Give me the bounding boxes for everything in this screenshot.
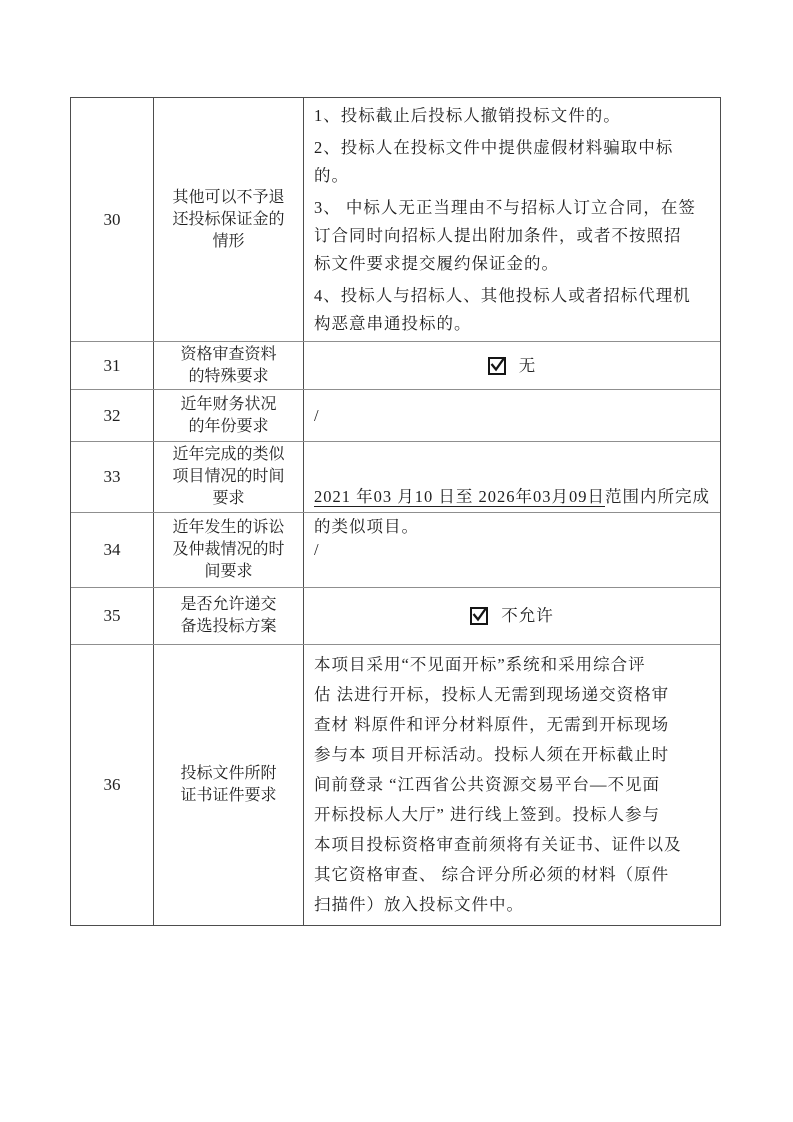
checkbox-label: 无 [519, 352, 537, 380]
checkbox-checked-icon [470, 607, 488, 625]
content-text: / [314, 536, 710, 564]
row-number: 35 [71, 588, 154, 644]
table-row-35: 35 是否允许递交 备选投标方案 不允许 [71, 588, 720, 645]
date-range-underlined: 2021 年03 月10 日至 2026年03月09日 [314, 487, 605, 506]
row-label: 近年财务状况 的年份要求 [154, 390, 304, 441]
row-content: 1、投标截止后投标人撤销投标文件的。 2、投标人在投标文件中提供虚假材料骗取中标… [304, 98, 720, 341]
row-label: 投标文件所附 证书证件要求 [154, 645, 304, 925]
row-number: 33 [71, 442, 154, 512]
row-label: 近年完成的类似 项目情况的时间 要求 [154, 442, 304, 512]
row-number: 30 [71, 98, 154, 341]
row-number: 36 [71, 645, 154, 925]
document-page: 30 其他可以不予退 还投标保证金的 情形 1、投标截止后投标人撤销投标文件的。… [0, 0, 793, 1122]
content-item-3: 3、 中标人无正当理由不与招标人订立合同，在签 订合同时向招标人提出附加条件，或… [314, 194, 710, 278]
content-item-4: 4、投标人与招标人、其他投标人或者招标代理机 构恶意串通投标的。 [314, 282, 710, 338]
content-item-2: 2、投标人在投标文件中提供虚假材料骗取中标 的。 [314, 134, 710, 190]
checkbox-checked-icon [488, 357, 506, 375]
content-text: / [314, 402, 710, 430]
row-label: 资格审查资料 的特殊要求 [154, 342, 304, 389]
row-content: / [304, 390, 720, 441]
table-row-33: 33 近年完成的类似 项目情况的时间 要求 2021 年03 月10 日至 20… [71, 442, 720, 513]
checkbox-label: 不允许 [501, 602, 554, 630]
table-row-31: 31 资格审查资料 的特殊要求 无 [71, 342, 720, 390]
row-content: 无 [304, 342, 720, 389]
row-content: / [304, 513, 720, 587]
table-row-30: 30 其他可以不予退 还投标保证金的 情形 1、投标截止后投标人撤销投标文件的。… [71, 98, 720, 342]
row-label: 其他可以不予退 还投标保证金的 情形 [154, 98, 304, 341]
table-row-32: 32 近年财务状况 的年份要求 / [71, 390, 720, 442]
row-label: 是否允许递交 备选投标方案 [154, 588, 304, 644]
row-label: 近年发生的诉讼 及仲裁情况的时 间要求 [154, 513, 304, 587]
table-row-36: 36 投标文件所附 证书证件要求 本项目采用“不见面开标”系统和采用综合评 估 … [71, 645, 720, 925]
row-content: 不允许 [304, 588, 720, 644]
content-item-1: 1、投标截止后投标人撤销投标文件的。 [314, 102, 710, 130]
content-text: 本项目采用“不见面开标”系统和采用综合评 估 法进行开标，投标人无需到现场递交资… [314, 650, 710, 920]
row-number: 34 [71, 513, 154, 587]
row-number: 31 [71, 342, 154, 389]
row-number: 32 [71, 390, 154, 441]
row-content: 本项目采用“不见面开标”系统和采用综合评 估 法进行开标，投标人无需到现场递交资… [304, 645, 720, 925]
row-content: 2021 年03 月10 日至 2026年03月09日范围内所完成 的类似项目。 [304, 442, 720, 512]
bid-conditions-table: 30 其他可以不予退 还投标保证金的 情形 1、投标截止后投标人撤销投标文件的。… [70, 97, 721, 926]
table-row-34: 34 近年发生的诉讼 及仲裁情况的时 间要求 / [71, 513, 720, 588]
